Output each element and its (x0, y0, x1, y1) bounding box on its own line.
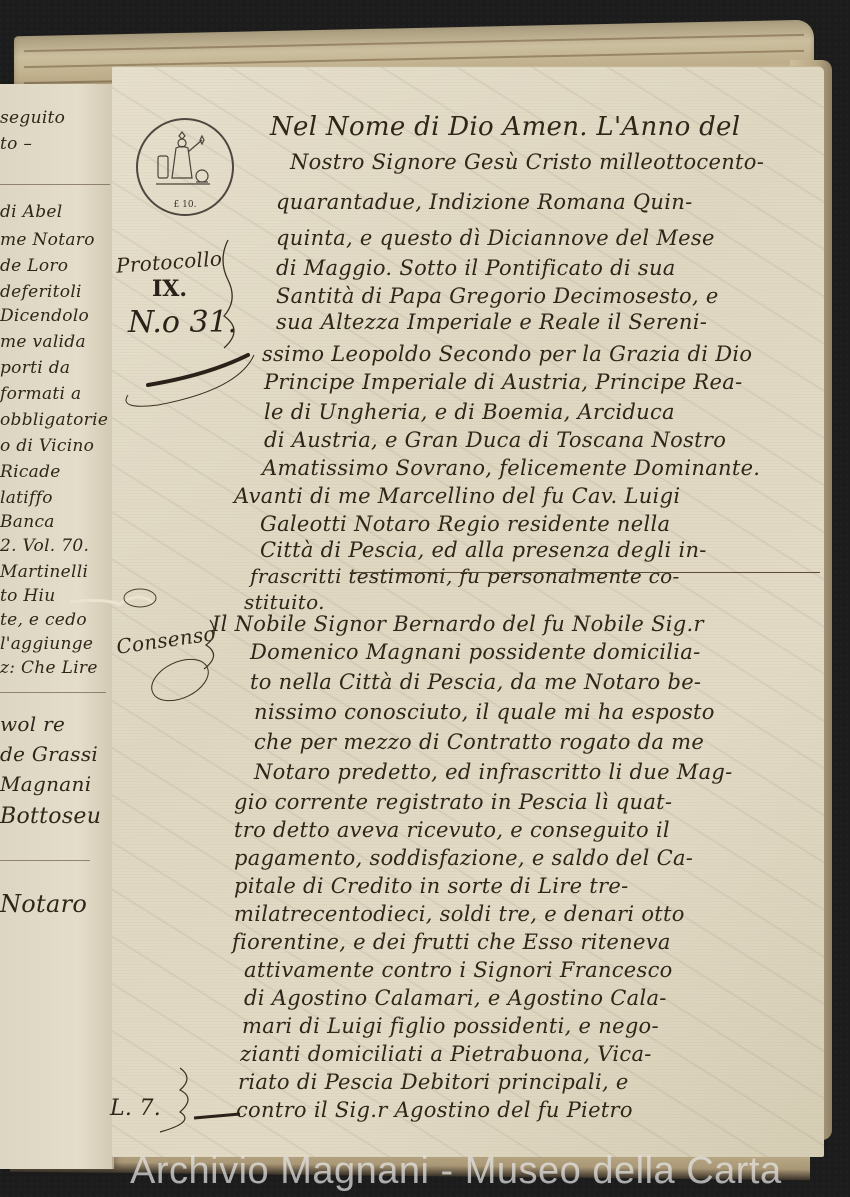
text-line: to nella Città di Pescia, da me Notaro b… (250, 670, 701, 694)
left-fragment: Magnani (0, 772, 91, 796)
text-line: Notaro predetto, ed infrascritto li due … (254, 760, 733, 784)
text-line: Avanti di me Marcellino del fu Cav. Luig… (234, 484, 680, 508)
left-fragment: te, e cedo (0, 610, 87, 630)
text-line: quarantadue, Indizione Romana Quin- (276, 190, 693, 214)
text-line: Principe Imperiale di Austria, Principe … (264, 370, 742, 394)
left-fragment: obbligatorie (0, 410, 108, 430)
text-line: nissimo conosciuto, il quale mi ha espos… (254, 700, 715, 724)
left-fragment: Notaro (0, 890, 87, 918)
left-fragment: me valida (0, 332, 86, 352)
text-line: che per mezzo di Contratto rogato da me (254, 730, 704, 754)
royal-seal-stamp-icon (146, 126, 220, 196)
text-line: Amatissimo Sovrano, felicemente Dominant… (262, 456, 760, 480)
text-line: milatrecentodieci, soldi tre, e denari o… (234, 902, 685, 926)
consent-flourish (140, 610, 230, 710)
left-fragment: Banca (0, 512, 55, 532)
left-fragment: z: Che Lire (0, 658, 98, 678)
text-line: Nostro Signore Gesù Cristo milleottocent… (290, 150, 764, 174)
left-fragment: latiffo (0, 488, 53, 508)
left-fragment: de Grassi (0, 742, 98, 766)
stamp-value: £ 10. (174, 200, 197, 210)
text-line: di Austria, e Gran Duca di Toscana Nostr… (264, 428, 726, 452)
text-line: tro detto aveva ricevuto, e conseguito i… (234, 818, 670, 842)
left-fragment: Martinelli (0, 562, 88, 582)
left-fragment: seguito (0, 108, 65, 128)
text-line: gio corrente registrato in Pescia lì qua… (234, 790, 672, 814)
text-line: Galeotti Notaro Regio residente nella (260, 512, 670, 536)
left-divider (0, 184, 110, 185)
left-divider (0, 692, 106, 693)
text-line: mari di Luigi figlio possidenti, e nego- (242, 1014, 659, 1038)
left-divider (0, 860, 90, 861)
left-fragment: Ricade (0, 462, 61, 482)
text-line: sua Altezza Imperiale e Reale il Sereni- (276, 310, 707, 334)
text-line: fiorentine, e dei frutti che Esso ritene… (232, 930, 671, 954)
text-line: le di Ungheria, e di Boemia, Arciduca (264, 400, 675, 424)
left-fragment: di Abel (0, 202, 62, 222)
left-fragment: o di Vicino (0, 436, 94, 456)
left-facing-page: seguito to – di Abel me Notaro de Loro d… (0, 84, 114, 1169)
text-line: pagamento, soddisfazione, e saldo del Ca… (234, 846, 693, 870)
text-line: attivamente contro i Signori Francesco (244, 958, 673, 982)
text-line: Nel Nome di Dio Amen. L'Anno del (270, 112, 740, 142)
text-line: quinta, e questo dì Diciannove del Mese (276, 226, 715, 250)
text-line: stituito. (244, 590, 325, 614)
text-line: di Maggio. Sotto il Pontificato di sua (276, 256, 676, 280)
left-fragment: Bottoseu (0, 804, 101, 829)
text-line: zianti domiciliati a Pietrabuona, Vica- (240, 1042, 652, 1066)
text-line: frascritti testimoni, fu personalmente c… (250, 564, 680, 588)
left-fragment: Dicendolo (0, 306, 89, 326)
text-line: Santità di Papa Gregorio Decimosesto, e (276, 284, 719, 308)
protocol-bracket-flourish (118, 230, 258, 410)
left-fragment: porti da (0, 358, 70, 378)
text-line: Il Nobile Signor Bernardo del fu Nobile … (212, 612, 704, 636)
left-fragment: me Notaro (0, 230, 95, 250)
text-line: Città di Pescia, ed alla presenza degli … (260, 538, 707, 562)
text-line: ssimo Leopoldo Secondo per la Grazia di … (262, 342, 752, 366)
section-divider (350, 572, 820, 573)
text-line: riato di Pescia Debitori principali, e (238, 1070, 629, 1094)
left-fragment: to – (0, 134, 32, 154)
text-line: contro il Sig.r Agostino del fu Pietro (236, 1098, 633, 1122)
left-fragment: l'aggiunge (0, 634, 93, 654)
fee-bracket-flourish (150, 1060, 240, 1140)
left-fragment: formati a (0, 384, 81, 404)
binding-thread (70, 588, 160, 610)
left-fragment: deferitoli (0, 282, 82, 302)
left-fragment: 2. Vol. 70. (0, 536, 89, 556)
revenue-stamp: £ 10. (136, 118, 234, 216)
archive-watermark: Archivio Magnani - Museo della Carta (130, 1150, 782, 1193)
left-fragment: de Loro (0, 256, 68, 276)
text-line: pitale di Credito in sorte di Lire tre- (234, 874, 628, 898)
text-line: di Agostino Calamari, e Agostino Cala- (244, 986, 667, 1010)
left-fragment: to Hiu (0, 586, 55, 606)
left-fragment: wol re (0, 712, 65, 736)
text-line: Domenico Magnani possidente domicilia- (250, 640, 701, 664)
